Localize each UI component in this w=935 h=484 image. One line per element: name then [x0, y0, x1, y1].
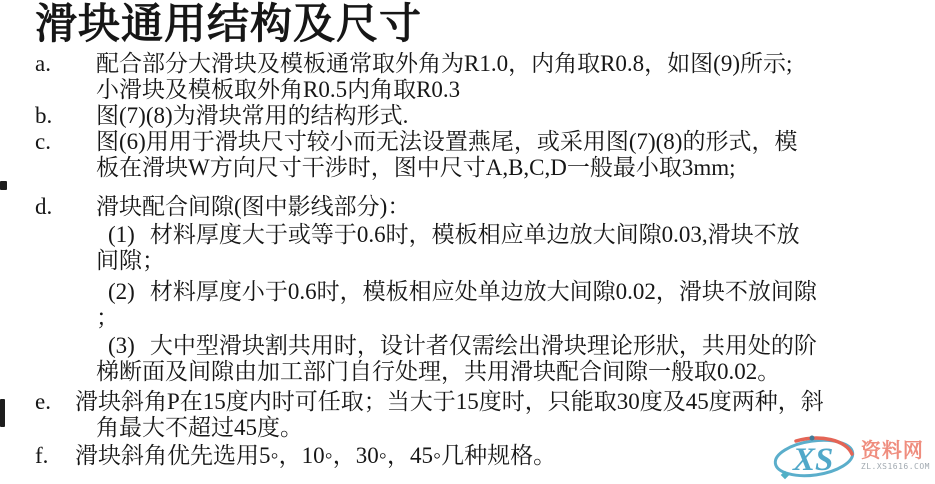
sub-item-1: (1)材料厚度大于或等于0.6时，模板相应单边放大间隙0.03,滑块不放 间隙；	[96, 222, 919, 274]
list-item-d: d. 滑块配合间隙(图中影线部分)： (1)材料厚度大于或等于0.6时，模板相应…	[35, 194, 919, 385]
sub-item-label: (3)	[108, 333, 135, 358]
page-title: 滑块通用结构及尺寸	[35, 4, 919, 46]
item-text-line: 配合部分大滑块及模板通常取外角为R1.0，内角取R0.8，如图(9)所示;	[96, 51, 919, 77]
item-text-line: 板在滑块W方向尺寸干涉时，图中尺寸A,B,C,D一般最小取3mm;	[96, 155, 919, 181]
item-text-line: 滑块斜角P在15度内时可任取；当大于15度时，只能取30度及45度两种，斜	[75, 389, 919, 415]
item-text-line: 小滑块及模板取外角R0.5内角取R0.3	[96, 77, 919, 103]
watermark-brand: 资料网	[861, 441, 930, 461]
item-label: d.	[35, 194, 96, 385]
item-label: a.	[35, 51, 96, 103]
xs-logo-icon: XS	[770, 430, 858, 482]
item-text-line: 图(6)用用于滑块尺寸较小而无法设置燕尾，或采用图(7)(8)的形式，模	[96, 129, 919, 155]
sub-item-text-line: ；	[96, 305, 919, 331]
sub-item-text-line: 梯断面及间隙由加工部门自行处理，共用滑块配合间隙一般取0.02。	[96, 359, 919, 385]
item-label: e.	[35, 389, 75, 441]
list-item-b: b. 图(7)(8)为滑块常用的结构形式.	[35, 103, 919, 129]
document-content: 滑块通用结构及尺寸 a. 配合部分大滑块及模板通常取外角为R1.0，内角取R0.…	[35, 4, 919, 469]
sub-item-label: (1)	[108, 222, 135, 247]
item-label: f.	[35, 443, 75, 469]
item-label: b.	[35, 103, 96, 129]
sub-item-label: (2)	[108, 279, 135, 304]
list-item-a: a. 配合部分大滑块及模板通常取外角为R1.0，内角取R0.8，如图(9)所示;…	[35, 51, 919, 103]
watermark-domain: ZL.XS1616.COM	[861, 463, 930, 471]
xs-logo-text: XS	[792, 442, 833, 478]
sub-item-text: 材料厚度大于或等于0.6时，模板相应单边放大间隙0.03,滑块不放	[150, 222, 800, 247]
scanned-document: 滑块通用结构及尺寸 a. 配合部分大滑块及模板通常取外角为R1.0，内角取R0.…	[0, 0, 935, 484]
item-text-line: 滑块配合间隙(图中影线部分)：	[96, 194, 919, 220]
ziliao-watermark: XS 资料网 ZL.XS1616.COM	[770, 430, 930, 482]
scan-artifact	[0, 181, 7, 190]
sub-item-text-line: 间隙；	[96, 248, 919, 274]
sub-item-text: 大中型滑块割共用时，设计者仅需绘出滑块理论形狀，共用处的阶	[150, 333, 817, 358]
sub-item-text: 材料厚度小于0.6时，模板相应处单边放大间隙0.02，滑块不放间隙	[150, 279, 817, 304]
scan-artifact	[0, 399, 5, 427]
sub-item-3: (3)大中型滑块割共用时，设计者仅需绘出滑块理论形狀，共用处的阶 梯断面及间隙由…	[96, 333, 919, 385]
item-text-line: 图(7)(8)为滑块常用的结构形式.	[96, 103, 919, 129]
list-item-c: c. 图(6)用用于滑块尺寸较小而无法设置燕尾，或采用图(7)(8)的形式，模 …	[35, 129, 919, 181]
sub-item-2: (2)材料厚度小于0.6时，模板相应处单边放大间隙0.02，滑块不放间隙 ；	[96, 279, 919, 331]
item-label: c.	[35, 129, 96, 181]
